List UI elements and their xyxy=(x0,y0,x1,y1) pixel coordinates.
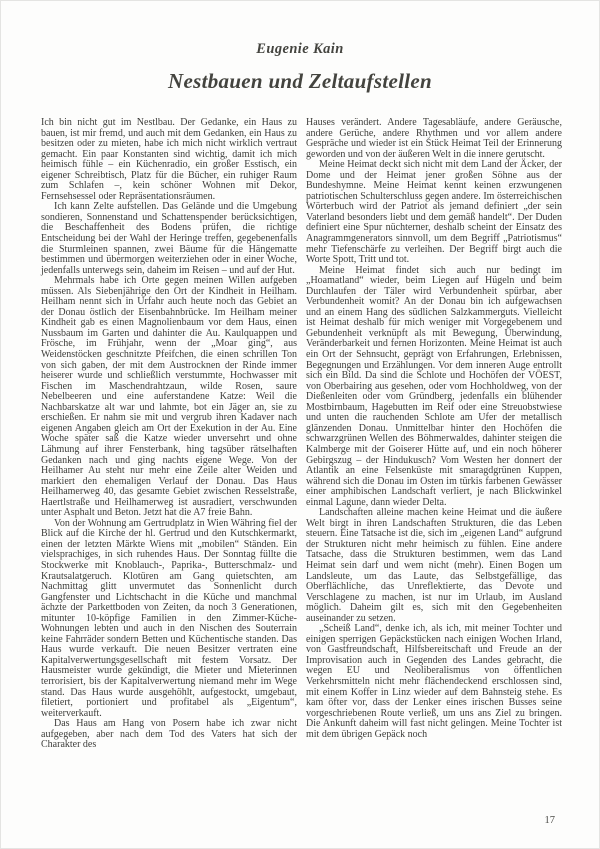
paragraph: Landschaften alleine machen keine Heimat… xyxy=(306,508,562,624)
paragraph: Meine Heimat findet sich auch nur beding… xyxy=(306,266,562,509)
paragraph: Meine Heimat deckt sich nicht mit dem La… xyxy=(306,160,562,265)
paragraph: Von der Wohnung am Gertrudplatz in Wien … xyxy=(41,519,297,719)
page-header: Eugenie Kain Nestbauen und Zeltaufstelle… xyxy=(1,41,599,94)
paragraph: Mehrmals habe ich Orte gegen meinen Will… xyxy=(41,276,297,519)
paragraph: Hauses verändert. Andere Tagesabläufe, a… xyxy=(306,118,562,160)
page-title: Nestbauen und Zeltaufstellen xyxy=(1,69,599,94)
author-name: Eugenie Kain xyxy=(1,41,599,58)
page-number: 17 xyxy=(545,815,556,826)
text-columns: Ich bin nicht gut im Nestlbau. Der Gedan… xyxy=(41,118,562,751)
paragraph: Ich bin nicht gut im Nestlbau. Der Gedan… xyxy=(41,118,297,202)
paragraph: „Scheiß Land“, denke ich, als ich, mit m… xyxy=(306,624,562,740)
paragraph: Das Haus am Hang von Posern habe ich zwa… xyxy=(41,719,297,751)
left-text-column: Ich bin nicht gut im Nestlbau. Der Gedan… xyxy=(41,118,297,751)
right-text-column: Hauses verändert. Andere Tagesabläufe, a… xyxy=(306,118,562,751)
paragraph: Ich kann Zelte aufstellen. Das Gelände u… xyxy=(41,202,297,276)
document-page: Eugenie Kain Nestbauen und Zeltaufstelle… xyxy=(0,0,600,849)
